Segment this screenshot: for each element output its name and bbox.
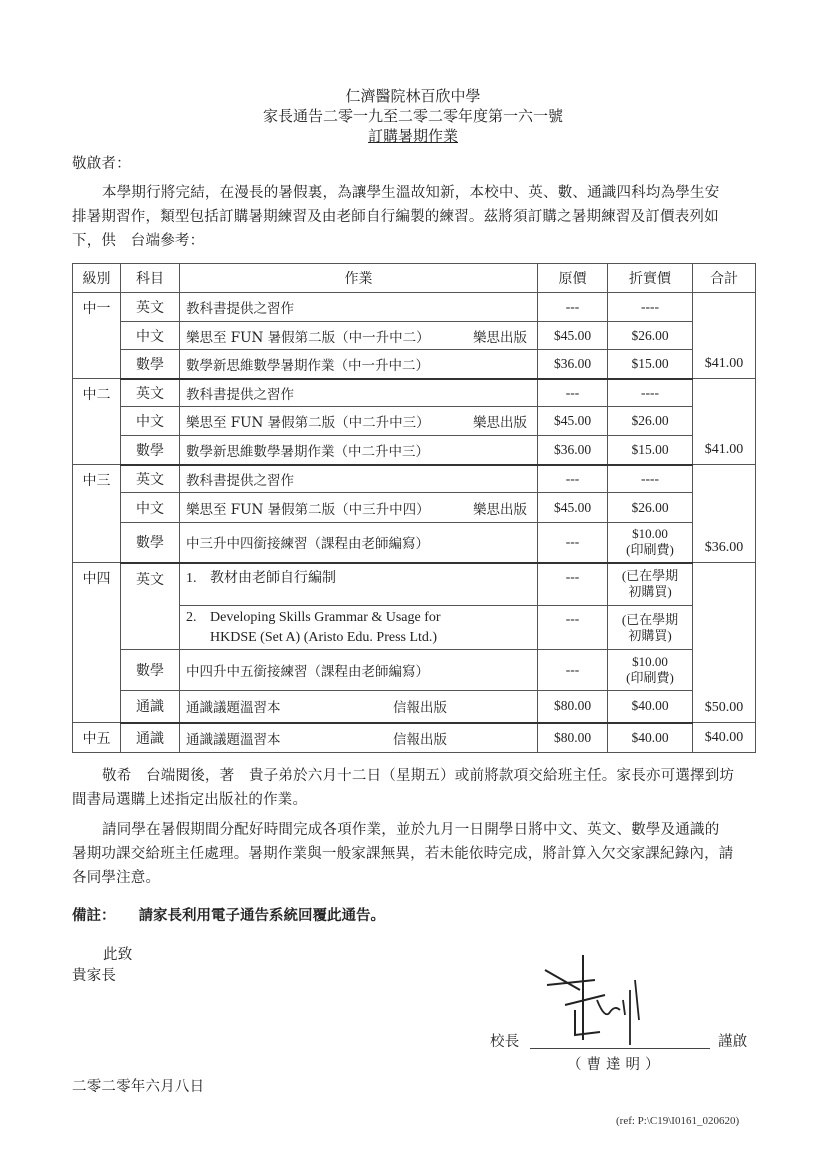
item-title: 教材由老師自行編制 xyxy=(210,571,336,586)
publisher: 樂思出版 xyxy=(473,498,531,518)
payment-line-1: 敬希 台端閱後，著 貴子弟於六月十二日（星期五）或前將款項交給班主任。家長亦可選… xyxy=(72,764,762,788)
item-number: 1. xyxy=(186,569,210,589)
item-cell: 數學新思維數學暑期作業（中一升中二） xyxy=(180,350,538,379)
original-price-cell: --- xyxy=(538,293,608,322)
level-cell: 中五 xyxy=(73,723,121,753)
payment-paragraph: 敬希 台端閱後，著 貴子弟於六月十二日（星期五）或前將款項交給班主任。家長亦可選… xyxy=(72,764,762,812)
signature-line xyxy=(530,1048,710,1049)
header-subject: 科目 xyxy=(121,264,180,293)
subject-cell: 英文 xyxy=(121,293,180,322)
notice-subject: 訂購暑期作業 xyxy=(0,126,826,146)
original-price-cell: --- xyxy=(538,523,608,563)
reference-code: (ref: P:\C19\I0161_020620) xyxy=(616,1115,739,1127)
table-row: 數學 數學新思維數學暑期作業（中二升中三） $36.00 $15.00 xyxy=(73,436,756,465)
item-cell: 通識議題溫習本信報出版 xyxy=(180,723,538,753)
notice-number: 家長通告二零一九至二零二零年度第一六一號 xyxy=(0,106,826,126)
item-title: 樂思至 FUN 暑假第二版（中二升中三） xyxy=(186,411,430,431)
principal-name: （ 曹 達 明 ） xyxy=(567,1053,660,1077)
discount-note: 初購買) xyxy=(614,628,686,644)
subject-cell: 數學 xyxy=(121,436,180,465)
discount-price-cell: ---- xyxy=(608,379,693,407)
subject-cell: 中文 xyxy=(121,322,180,350)
original-price-cell: $45.00 xyxy=(538,493,608,523)
subject-cell: 中文 xyxy=(121,493,180,523)
discount-price-cell: $26.00 xyxy=(608,407,693,436)
table-row: 中文 樂思至 FUN 暑假第二版（中二升中三）樂思出版 $45.00 $26.0… xyxy=(73,407,756,436)
notice-subject-text: 訂購暑期作業 xyxy=(368,127,458,145)
header-discount-price: 折實價 xyxy=(608,264,693,293)
table-row: 中文 樂思至 FUN 暑假第二版（中三升中四）樂思出版 $45.00 $26.0… xyxy=(73,493,756,523)
discount-price: $10.00 xyxy=(614,526,686,542)
table-header-row: 級別 科目 作業 原價 折實價 合計 xyxy=(73,264,756,293)
header-level: 級別 xyxy=(73,264,121,293)
item-cell: 樂思至 FUN 暑假第二版（中二升中三）樂思出版 xyxy=(180,407,538,436)
item-cell: 樂思至 FUN 暑假第二版（中三升中四）樂思出版 xyxy=(180,493,538,523)
header-item: 作業 xyxy=(180,264,538,293)
subject-cell: 中文 xyxy=(121,407,180,436)
discount-price-cell: $40.00 xyxy=(608,723,693,753)
table-row: 中五 通識 通識議題溫習本信報出版 $80.00 $40.00 $40.00 xyxy=(73,723,756,753)
subject-cell: 通識 xyxy=(121,691,180,723)
discount-price-cell: $15.00 xyxy=(608,350,693,379)
discount-price-cell: $10.00 (印刷費) xyxy=(608,650,693,691)
level-cell: 中三 xyxy=(73,465,121,563)
original-price-cell: $45.00 xyxy=(538,407,608,436)
table-row: 通識 通識議題溫習本信報出版 $80.00 $40.00 xyxy=(73,691,756,723)
discount-note: 初購買) xyxy=(614,584,686,600)
subject-cell: 英文 xyxy=(121,563,180,650)
signature-suffix: 謹啟 xyxy=(718,1030,747,1054)
discount-price: (已在學期 xyxy=(614,612,686,628)
submission-line-2: 暑期功課交給班主任處理。暑期作業與一般家課無異，若未能依時完成，將計算入欠交家課… xyxy=(72,842,762,866)
intro-paragraph: 本學期行將完結，在漫長的暑假裏，為讓學生溫故知新，本校中、英、數、通識四科均為學… xyxy=(72,181,762,253)
submission-line-1: 請同學在暑假期間分配好時間完成各項作業，並於九月一日開學日將中文、英文、數學及通… xyxy=(72,818,762,842)
discount-price-cell: $40.00 xyxy=(608,691,693,723)
discount-price: $10.00 xyxy=(614,654,686,670)
header-total: 合計 xyxy=(693,264,756,293)
discount-price-cell: $26.00 xyxy=(608,493,693,523)
discount-note: (印刷費) xyxy=(614,542,686,558)
table-row: 數學 數學新思維數學暑期作業（中一升中二） $36.00 $15.00 xyxy=(73,350,756,379)
item-cell: 教科書提供之習作 xyxy=(180,379,538,407)
level-cell: 中二 xyxy=(73,379,121,465)
discount-price: (已在學期 xyxy=(614,568,686,584)
total-cell: $50.00 xyxy=(693,563,756,723)
item-cell: 樂思至 FUN 暑假第二版（中一升中二）樂思出版 xyxy=(180,322,538,350)
publisher: 樂思出版 xyxy=(473,411,531,431)
level-cell: 中四 xyxy=(73,563,121,723)
subject-cell: 數學 xyxy=(121,523,180,563)
remark: 備註： 請家長利用電子通告系統回覆此通告。 xyxy=(72,904,385,925)
total-cell: $36.00 xyxy=(693,465,756,563)
item-cell: 教科書提供之習作 xyxy=(180,465,538,493)
total-cell: $40.00 xyxy=(693,723,756,753)
payment-line-2: 間書局選購上述指定出版社的作業。 xyxy=(72,788,762,812)
original-price-cell: $45.00 xyxy=(538,322,608,350)
publisher: 信報出版 xyxy=(393,728,451,748)
discount-price-cell: $26.00 xyxy=(608,322,693,350)
original-price-cell: --- xyxy=(538,465,608,493)
discount-price-cell: (已在學期 初購買) xyxy=(608,563,693,606)
table-row: 數學 中三升中四銜接練習（課程由老師編寫） --- $10.00 (印刷費) xyxy=(73,523,756,563)
item-cell: 2.Developing Skills Grammar & Usage for … xyxy=(180,606,538,650)
discount-price-cell: ---- xyxy=(608,293,693,322)
publisher: 樂思出版 xyxy=(473,326,531,346)
original-price-cell: $80.00 xyxy=(538,723,608,753)
school-name: 仁濟醫院林百欣中學 xyxy=(0,86,826,106)
table-row: 中文 樂思至 FUN 暑假第二版（中一升中二）樂思出版 $45.00 $26.0… xyxy=(73,322,756,350)
item-cell: 中三升中四銜接練習（課程由老師編寫） xyxy=(180,523,538,563)
original-price-cell: --- xyxy=(538,563,608,606)
intro-line-3: 下，供 台端參考： xyxy=(72,229,762,253)
subject-cell: 英文 xyxy=(121,465,180,493)
item-title: 樂思至 FUN 暑假第二版（中一升中二） xyxy=(186,326,430,346)
table-row: 中四 英文 1.教材由老師自行編制 --- (已在學期 初購買) $50.00 xyxy=(73,563,756,606)
item-title-line2: HKDSE (Set A) (Aristo Edu. Press Ltd.) xyxy=(186,628,531,648)
total-cell: $41.00 xyxy=(693,293,756,379)
table-row: 中二 英文 教科書提供之習作 --- ---- $41.00 xyxy=(73,379,756,407)
submission-line-3: 各同學注意。 xyxy=(72,866,762,890)
homework-order-table: 級別 科目 作業 原價 折實價 合計 中一 英文 教科書提供之習作 --- --… xyxy=(72,263,756,753)
item-title: Developing Skills Grammar & Usage for xyxy=(210,610,441,625)
discount-price-cell: $10.00 (印刷費) xyxy=(608,523,693,563)
item-number: 2. xyxy=(186,608,210,628)
intro-line-2: 排暑期習作，類型包括訂購暑期練習及由老師自行編製的練習。茲將須訂購之暑期練習及訂… xyxy=(72,205,762,229)
item-cell: 數學新思維數學暑期作業（中二升中三） xyxy=(180,436,538,465)
original-price-cell: $36.00 xyxy=(538,436,608,465)
signature-scribble-icon xyxy=(535,950,665,1050)
item-title: 樂思至 FUN 暑假第二版（中三升中四） xyxy=(186,498,430,518)
publisher: 信報出版 xyxy=(393,696,451,716)
discount-price-cell: ---- xyxy=(608,465,693,493)
item-title: 通識議題溫習本 xyxy=(186,696,281,716)
table-row: 中一 英文 教科書提供之習作 --- ---- $41.00 xyxy=(73,293,756,322)
item-cell: 通識議題溫習本信報出版 xyxy=(180,691,538,723)
subject-cell: 數學 xyxy=(121,650,180,691)
salutation: 敬啟者： xyxy=(72,152,131,176)
original-price-cell: --- xyxy=(538,650,608,691)
intro-line-1: 本學期行將完結，在漫長的暑假裏，為讓學生溫故知新，本校中、英、數、通識四科均為學… xyxy=(72,181,762,205)
item-cell: 1.教材由老師自行編制 xyxy=(180,563,538,606)
subject-cell: 數學 xyxy=(121,350,180,379)
item-cell: 教科書提供之習作 xyxy=(180,293,538,322)
remark-text: 請家長利用電子通告系統回覆此通告。 xyxy=(139,907,386,924)
discount-price-cell: $15.00 xyxy=(608,436,693,465)
table-row: 數學 中四升中五銜接練習（課程由老師編寫） --- $10.00 (印刷費) xyxy=(73,650,756,691)
closing-line-2: 貴家長 xyxy=(72,964,116,988)
signature-title: 校長 xyxy=(490,1030,519,1054)
subject-cell: 英文 xyxy=(121,379,180,407)
discount-price-cell: (已在學期 初購買) xyxy=(608,606,693,650)
original-price-cell: $36.00 xyxy=(538,350,608,379)
discount-note: (印刷費) xyxy=(614,670,686,686)
original-price-cell: $80.00 xyxy=(538,691,608,723)
subject-cell: 通識 xyxy=(121,723,180,753)
remark-label: 備註： xyxy=(72,907,116,924)
table-row: 中三 英文 教科書提供之習作 --- ---- $36.00 xyxy=(73,465,756,493)
item-title: 通識議題溫習本 xyxy=(186,728,281,748)
notice-date: 二零二零年六月八日 xyxy=(72,1075,204,1099)
original-price-cell: --- xyxy=(538,606,608,650)
level-cell: 中一 xyxy=(73,293,121,379)
submission-paragraph: 請同學在暑假期間分配好時間完成各項作業，並於九月一日開學日將中文、英文、數學及通… xyxy=(72,818,762,890)
total-cell: $41.00 xyxy=(693,379,756,465)
header-original-price: 原價 xyxy=(538,264,608,293)
original-price-cell: --- xyxy=(538,379,608,407)
item-cell: 中四升中五銜接練習（課程由老師編寫） xyxy=(180,650,538,691)
